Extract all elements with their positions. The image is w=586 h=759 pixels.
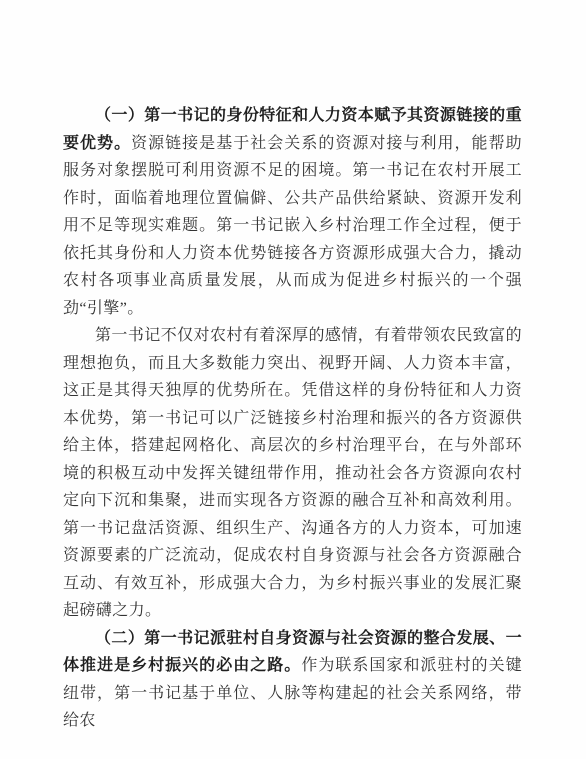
paragraph-section-1: （一）第一书记的身份特征和人力资本赋予其资源链接的重要优势。资源链接是基于社会关… (63, 102, 522, 322)
section-1-text: 资源链接是基于社会关系的资源对接与利用，能帮助服务对象摆脱可利用资源不足的困境。… (63, 135, 522, 317)
paragraph-2-text: 第一书记不仅对农村有着深厚的感情，有着带领农民致富的理想抱负，而且大多数能力突出… (63, 327, 522, 619)
document-page: （一）第一书记的身份特征和人力资本赋予其资源链接的重要优势。资源链接是基于社会关… (0, 0, 586, 759)
paragraph-body-2: 第一书记不仅对农村有着深厚的感情，有着带领农民致富的理想抱负，而且大多数能力突出… (63, 322, 522, 625)
paragraph-section-2: （二）第一书记派驻村自身资源与社会资源的整合发展、一体推进是乡村振兴的必由之路。… (63, 625, 522, 735)
